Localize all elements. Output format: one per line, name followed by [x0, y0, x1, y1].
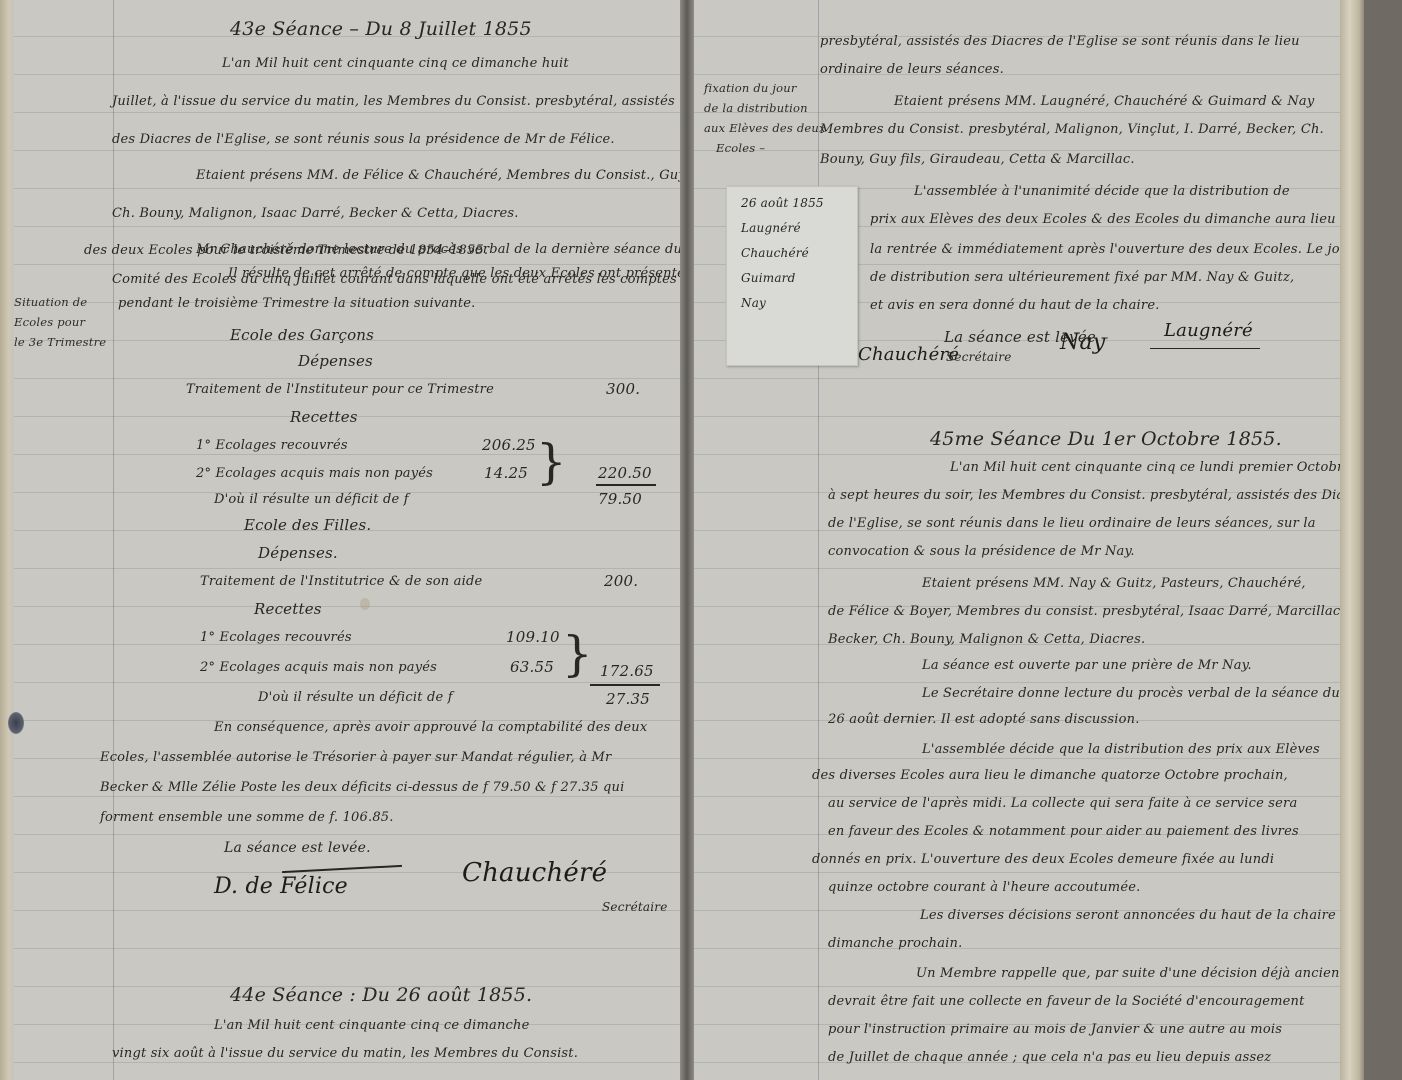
brace-glyph: }	[562, 622, 593, 686]
margin-rule	[818, 0, 819, 1080]
signature-role: Secrétaire	[946, 350, 1012, 364]
page-edges	[1340, 0, 1364, 1080]
text-line: de distribution sera ultérieurement fixé…	[870, 270, 1294, 285]
depense-label: Traitement de l'Instituteur pour ce Trim…	[186, 382, 494, 397]
text-line: au service de l'après midi. La collecte …	[828, 796, 1297, 811]
depense-label: Traitement de l'Institutrice & de son ai…	[200, 574, 482, 589]
signature-felice: D. de Félice	[214, 874, 348, 899]
text-line: prix aux Elèves des deux Ecoles & des Ec…	[870, 212, 1340, 227]
recette-amount: 14.25	[484, 464, 528, 482]
text-line: à sept heures du soir, les Membres du Co…	[828, 488, 1340, 503]
closing-line: La séance est levée.	[224, 840, 371, 856]
text-line: Etaient présens MM. de Félice & Chauchér…	[196, 168, 680, 183]
text-line: de Juillet de chaque année ; que cela n'…	[828, 1050, 1271, 1065]
recette-label: 1° Ecolages recouvrés	[200, 630, 352, 645]
total-underline	[590, 684, 660, 686]
text-line: donnés en prix. L'ouverture des deux Eco…	[812, 852, 1274, 867]
text-line: des Diacres de l'Eglise, se sont réunis …	[112, 132, 615, 147]
text-line: pour l'instruction primaire au mois de J…	[828, 1022, 1282, 1037]
text-line: la rentrée & immédiatement après l'ouver…	[870, 242, 1340, 257]
text-line: Membres du Consist. presbytéral, Maligno…	[820, 122, 1324, 137]
signature-nay: Nay	[1060, 330, 1105, 355]
signature-flourish	[1150, 348, 1260, 349]
recette-label: 2° Ecolages acquis mais non payés	[200, 660, 437, 675]
paper-stain	[360, 598, 370, 610]
book-cover	[1364, 0, 1402, 1080]
text-line: Etaient présens MM. Laugnéré, Chauchéré …	[894, 94, 1314, 109]
recette-label: 2° Ecolages acquis mais non payés	[196, 466, 433, 481]
brace-glyph: }	[536, 430, 567, 494]
signature-laugnere: Laugnéré	[1164, 320, 1253, 341]
text-line: Becker, Ch. Bouny, Malignon & Cetta, Dia…	[828, 632, 1145, 647]
recette-amount: 109.10	[506, 628, 560, 646]
recette-amount: 63.55	[510, 658, 554, 676]
text-line: Etaient présens MM. Nay & Guitz, Pasteur…	[922, 576, 1306, 591]
text-line: L'an Mil huit cent cinquante cinq ce lun…	[950, 460, 1340, 475]
text-line: pendant le troisième Trimestre la situat…	[118, 296, 476, 311]
deficit-label: D'où il résulte un déficit de f	[214, 492, 409, 507]
pasted-attendance-slip: 26 août 1855 Laugnéré Chauchéré Guimard …	[726, 186, 858, 366]
text-line: Les diverses décisions seront annoncées …	[920, 908, 1336, 923]
margin-note-situation: Situation de Ecoles pour le 3e Trimestre	[14, 292, 106, 352]
recettes-total: 172.65	[600, 662, 654, 680]
signature-flourish	[282, 865, 402, 873]
text-line: des deux Ecoles pour le troisième Trimes…	[84, 243, 488, 258]
recettes-label: Recettes	[290, 408, 358, 426]
signature-role: Secrétaire	[602, 900, 668, 914]
ecole-garcons-title: Ecole des Garçons	[230, 326, 374, 344]
session-44-heading: 44e Séance : Du 26 août 1855.	[230, 984, 532, 1006]
text-line: L'an Mil huit cent cinquante cinq ce dim…	[222, 56, 569, 71]
text-line: L'assemblée décide que la distribution d…	[922, 742, 1320, 757]
text-line: et avis en sera donné du haut de la chai…	[870, 298, 1160, 313]
text-line: de l'Eglise, se sont réunis dans le lieu…	[828, 516, 1316, 531]
text-line: Il résulte de cet arrêté de compte que l…	[228, 266, 680, 281]
left-page: Situation de Ecoles pour le 3e Trimestre…	[0, 0, 680, 1080]
text-line: 26 août dernier. Il est adopté sans disc…	[828, 712, 1140, 727]
depense-amount: 200.	[604, 572, 638, 590]
text-line: La séance est ouverte par une prière de …	[922, 658, 1252, 673]
text-line: forment ensemble une somme de f. 106.85.	[100, 810, 394, 825]
deficit-amount: 27.35	[606, 690, 650, 708]
text-line: Ch. Bouny, Malignon, Isaac Darré, Becker…	[112, 206, 519, 221]
margin-note-fixation: fixation du jour de la distribution aux …	[704, 78, 826, 158]
signature-chauchere: Chauchéré	[858, 344, 959, 365]
recette-label: 1° Ecolages recouvrés	[196, 438, 348, 453]
deficit-label: D'où il résulte un déficit de f	[258, 690, 453, 705]
session-43-heading: 43e Séance – Du 8 Juillet 1855	[230, 18, 532, 40]
recette-amount: 206.25	[482, 436, 536, 454]
deficit-amount: 79.50	[598, 490, 642, 508]
text-line: presbytéral, assistés des Diacres de l'E…	[820, 34, 1300, 49]
text-line: Un Membre rappelle que, par suite d'une …	[916, 966, 1340, 981]
recettes-label: Recettes	[254, 600, 322, 618]
text-line: de Félice & Boyer, Membres du consist. p…	[828, 604, 1340, 619]
signature-chauchere: Chauchéré	[462, 858, 607, 888]
text-line: convocation & sous la présidence de Mr N…	[828, 544, 1135, 559]
text-line: L'assemblée à l'unanimité décide que la …	[914, 184, 1290, 199]
ink-blot	[8, 712, 24, 734]
text-line: Ecoles, l'assemblée autorise le Trésorie…	[100, 750, 611, 765]
recettes-total: 220.50	[598, 464, 652, 482]
text-line: Bouny, Guy fils, Giraudeau, Cetta & Marc…	[820, 152, 1135, 167]
session-45-heading: 45me Séance Du 1er Octobre 1855.	[930, 428, 1282, 450]
text-line: Becker & Mlle Zélie Poste les deux défic…	[100, 780, 624, 795]
text-line: devrait être fait une collecte en faveur…	[828, 994, 1305, 1009]
text-line: L'an Mil huit cent cinquante cinq ce dim…	[214, 1018, 530, 1033]
text-line: dimanche prochain.	[828, 936, 962, 951]
text-line: quinze octobre courant à l'heure accoutu…	[828, 880, 1140, 895]
total-underline	[596, 484, 656, 486]
right-page: fixation du jour de la distribution aux …	[694, 0, 1340, 1080]
text-line: Juillet, à l'issue du service du matin, …	[112, 94, 675, 109]
text-line: Le Secrétaire donne lecture du procès ve…	[922, 686, 1340, 701]
depense-amount: 300.	[606, 380, 640, 398]
text-line: ordinaire de leurs séances.	[820, 62, 1004, 77]
ledger-photo: Situation de Ecoles pour le 3e Trimestre…	[0, 0, 1402, 1080]
ecole-filles-title: Ecole des Filles.	[244, 516, 371, 534]
text-line: en faveur des Ecoles & notamment pour ai…	[828, 824, 1299, 839]
depenses-label: Dépenses	[298, 352, 373, 370]
text-line: des diverses Ecoles aura lieu le dimanch…	[812, 768, 1288, 783]
text-line: En conséquence, après avoir approuvé la …	[214, 720, 647, 735]
depenses-label: Dépenses.	[258, 544, 338, 562]
book-gutter	[680, 0, 694, 1080]
margin-rule	[113, 0, 114, 1080]
text-line: vingt six août à l'issue du service du m…	[112, 1046, 578, 1061]
